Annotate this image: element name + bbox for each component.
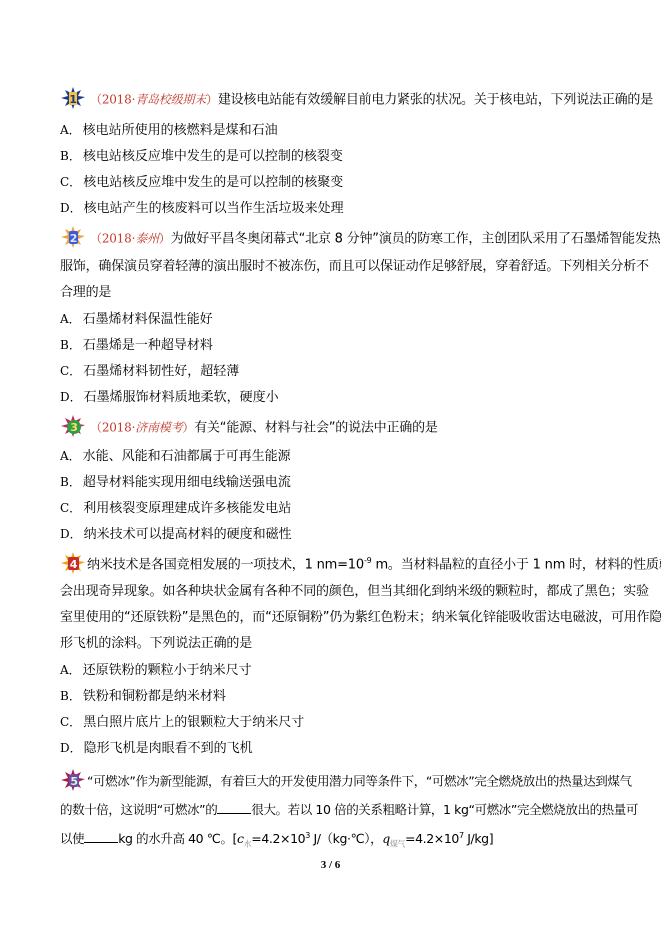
- question-4-option-a: A．还原铁粉的颗粒小于纳米尺寸: [60, 661, 252, 680]
- question-1-option-b: B．核电站核反应堆中发生的是可以控制的核裂变: [60, 147, 343, 166]
- question-4-stem-line-3: 室里使用的“还原铁粉”是黑色的，而“还原铜粉”仍为紫红色粉末；纳米氧化锌能吸收雷…: [60, 609, 661, 627]
- question-3-badge-icon: 3: [60, 415, 86, 437]
- answer-blank-2[interactable]: [84, 830, 118, 843]
- question-1-option-d: D．核电站产生的核废料可以当作生活垃圾来处理: [60, 199, 344, 218]
- question-3-option-d: D．纳米技术可以提高材料的硬度和磁性: [60, 525, 292, 544]
- question-1-option-a: A．核电站所使用的核燃料是煤和石油: [60, 121, 278, 140]
- svg-text:3: 3: [70, 421, 77, 434]
- question-4-stem-line-4: 形飞机的涂料。下列说法正确的是: [60, 635, 252, 653]
- question-1-option-c: C．核电站核反应堆中发生的是可以控制的核聚变: [60, 173, 343, 192]
- question-2-stem: 2 （2018·泰州）为做好平昌冬奥闭幕式“北京 8 分钟”演员的防寒工作，主创…: [60, 228, 660, 250]
- question-2-option-a: A．石墨烯材料保温性能好: [60, 310, 213, 329]
- answer-blank-1[interactable]: [217, 801, 251, 814]
- question-4-option-c: C．黑白照片底片上的银颗粒大于纳米尺寸: [60, 713, 304, 732]
- question-2-source: （2018·泰州）: [90, 232, 171, 246]
- question-3-option-b: B．超导材料能实现用细电线输送强电流: [60, 473, 291, 492]
- question-5-stem-line-3: 以使kg 的水升高 40 ℃。[c水=4.2×103 J/（kg·℃），q煤气=…: [60, 827, 493, 854]
- question-4-option-b: B．铁粉和铜粉都是纳米材料: [60, 687, 226, 706]
- question-5-stem-line-2: 的数十倍，这说明“可燃冰”的很大。若以 10 倍的关系粗略计算，1 kg“可燃冰…: [60, 801, 638, 819]
- question-4-stem: 4 纳米技术是各国竞相发展的一项技术，1 nm=10-9 m。当材料晶粒的直径小…: [60, 552, 661, 576]
- question-3-source: （2018·济南模考）: [90, 421, 194, 435]
- question-1-source: （2018·青岛校级期末）: [90, 93, 218, 107]
- question-2-badge-icon: 2: [60, 226, 86, 248]
- question-4-stem-line-2: 会出现奇异现象。如各种块状金属有各种不同的颜色，但当其细化到纳米级的颗粒时，都成…: [60, 583, 649, 601]
- question-3-option-a: A．水能、风能和石油都属于可再生能源: [60, 447, 291, 466]
- svg-text:5: 5: [70, 775, 77, 788]
- question-2-stem-line-3: 合理的是: [60, 284, 111, 302]
- question-3-option-c: C．利用核裂变原理建成许多核能发电站: [60, 499, 291, 518]
- page-number: 3 / 6: [0, 859, 661, 871]
- question-5-stem: 5 “可燃冰”作为新型能源，有着巨大的开发使用潜力同等条件下，“可燃冰”完全燃烧…: [60, 771, 632, 793]
- question-1-badge-icon: 1: [60, 87, 86, 109]
- question-1-stem: 1 （2018·青岛校级期末）建设核电站能有效缓解目前电力紧张的状况。关于核电站…: [60, 89, 653, 111]
- question-2-option-d: D．石墨烯服饰材料质地柔软，硬度小: [60, 388, 279, 407]
- svg-text:4: 4: [70, 558, 78, 571]
- question-3-stem: 3 （2018·济南模考）有关“能源、材料与社会”的说法中正确的是: [60, 417, 438, 439]
- document-page: 1 （2018·青岛校级期末）建设核电站能有效缓解目前电力紧张的状况。关于核电站…: [0, 0, 661, 935]
- question-2-stem-line-2: 服饰，确保演员穿着轻薄的演出服时不被冻伤，而且可以保证动作足够舒展，穿着舒适。下…: [60, 258, 649, 276]
- question-2-option-b: B．石墨烯是一种超导材料: [60, 336, 213, 355]
- question-4-option-d: D．隐形飞机是肉眼看不到的飞机: [60, 739, 253, 758]
- question-2-option-c: C．石墨烯材料韧性好，超轻薄: [60, 362, 239, 381]
- svg-text:2: 2: [70, 232, 77, 245]
- question-5-badge-icon: 5: [60, 769, 86, 791]
- question-4-badge-icon: 4: [60, 552, 86, 574]
- svg-text:1: 1: [69, 93, 76, 106]
